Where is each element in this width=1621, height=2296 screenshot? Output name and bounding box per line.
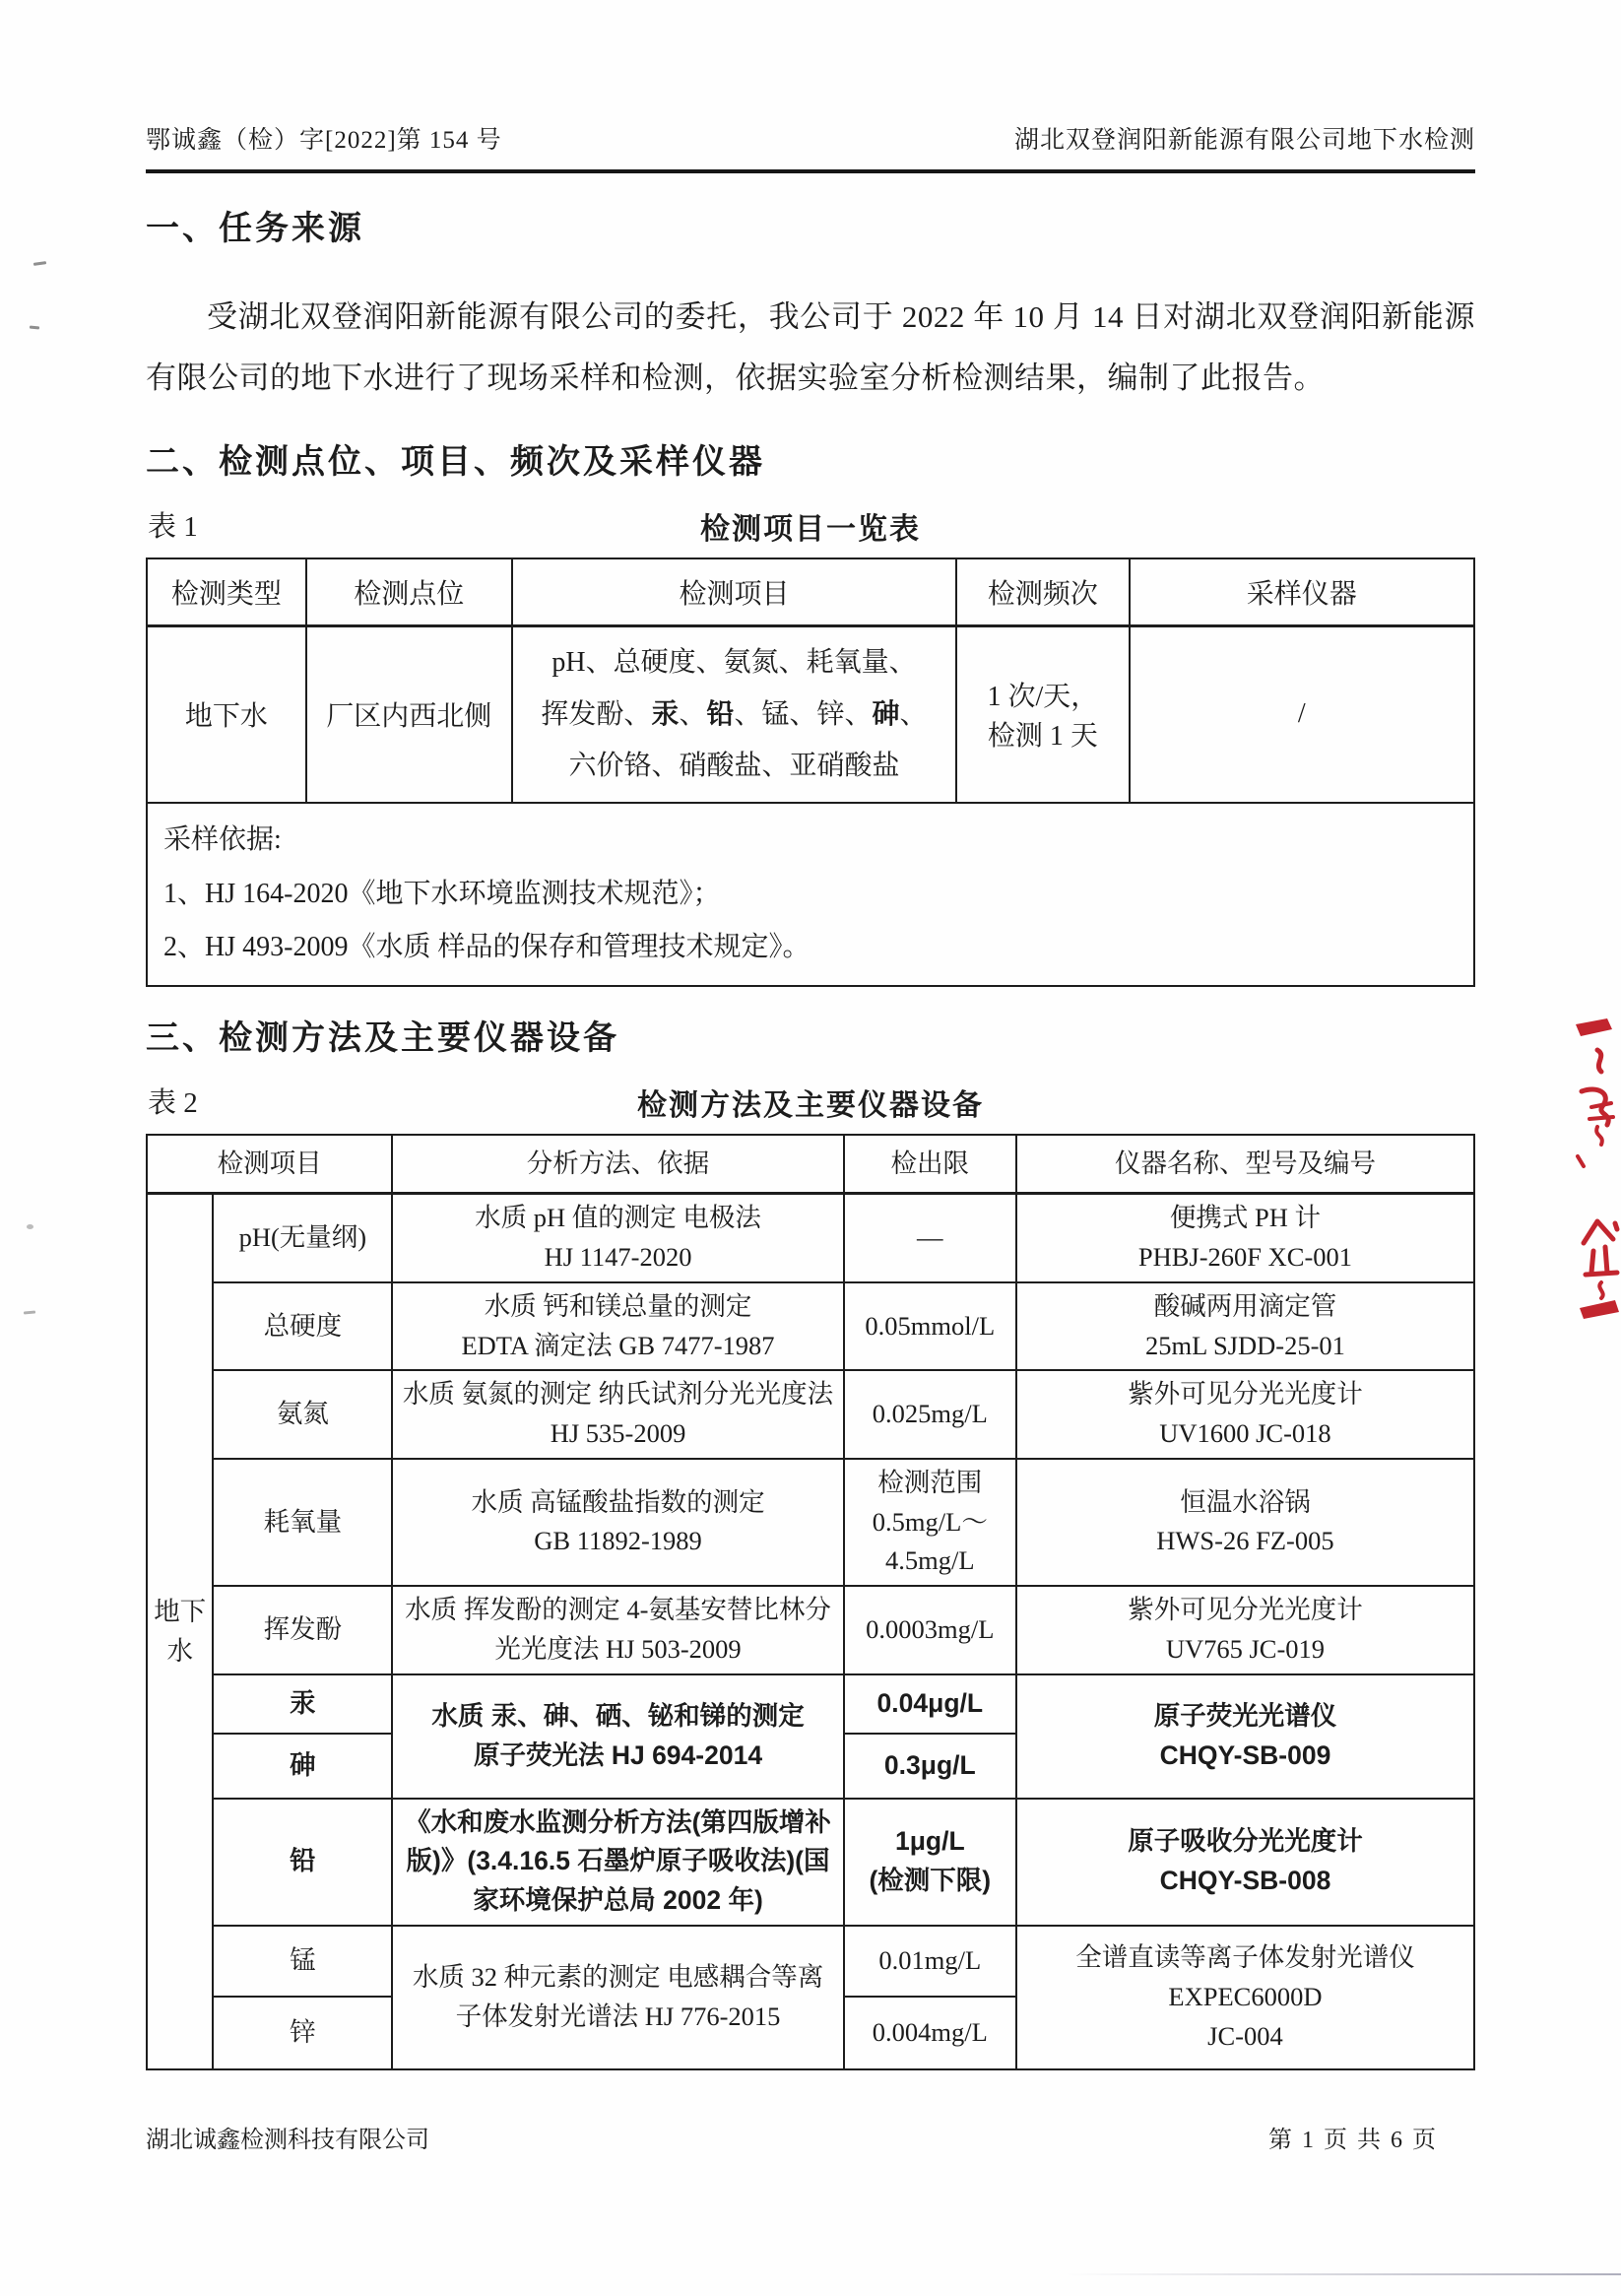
document-footer: 湖北诚鑫检测科技有限公司 第 1 页 共 6 页 xyxy=(146,2120,1475,2154)
table2-cell-instrument: 紫外可见分光光度计 UV1600 JC-018 xyxy=(1016,1370,1474,1459)
scan-speck xyxy=(24,1310,35,1314)
table2-cell-limit: 检测范围 0.5mg/L～ 4.5mg/L xyxy=(844,1459,1016,1586)
table2-cell-item: pH(无量纲) xyxy=(213,1194,392,1282)
table1-header-cell: 检测类型 xyxy=(147,558,306,625)
table2-header-cell: 仪器名称、型号及编号 xyxy=(1016,1135,1474,1194)
analyte-text: 、 xyxy=(679,699,706,730)
table2-cell-method: 《水和废水监测分析方法(第四版增补版)》(3.4.16.5 石墨炉原子吸收法)(… xyxy=(392,1799,843,1926)
table2-caption: 检测方法及主要仪器设备 xyxy=(146,1079,1475,1124)
stamp-fragment-top xyxy=(1568,1017,1621,1174)
table2-cell-limit: 0.0003mg/L xyxy=(844,1586,1016,1674)
table2-cell-item: 砷 xyxy=(213,1734,392,1799)
stamp-fragment-bottom xyxy=(1572,1217,1621,1321)
table1-header-cell: 采样仪器 xyxy=(1130,558,1475,625)
section1-paragraph: 受湖北双登润阳新能源有限公司的委托，我公司于 2022 年 10 月 14 日对… xyxy=(146,287,1475,409)
doc-title: 湖北双登润阳新能源有限公司地下水检测 xyxy=(1014,120,1475,156)
table2-cell-limit: 0.3μg/L xyxy=(844,1734,1016,1799)
table1-cell-instrument: / xyxy=(1130,625,1475,803)
table2-cell-method: 水质 pH 值的测定 电极法 HJ 1147-2020 xyxy=(392,1194,843,1282)
table2-cell-method: 水质 汞、砷、硒、铋和锑的测定 原子荧光法 HJ 694-2014 xyxy=(392,1674,843,1799)
table1-cell-location: 厂区内西北侧 xyxy=(306,625,512,803)
table2-cell-item: 锌 xyxy=(213,1997,392,2069)
section2-heading: 二、检测点位、项目、频次及采样仪器 xyxy=(146,434,1475,483)
bold-analyte: 汞 xyxy=(651,698,679,729)
table2-cell-method: 水质 氨氮的测定 纳氏试剂分光光度法 HJ 535-2009 xyxy=(392,1370,843,1459)
table1-caption: 检测项目一览表 xyxy=(146,502,1475,548)
table2-cell-limit: 0.025mg/L xyxy=(844,1370,1016,1459)
note-line: 2、HJ 493-2009《水质 样品的保存和管理技术规定》。 xyxy=(163,921,1458,975)
table2-cell-instrument: 原子吸收分光光度计 CHQY-SB-008 xyxy=(1016,1799,1474,1926)
table2-cell-instrument: 酸碱两用滴定管 25mL SJDD-25-01 xyxy=(1016,1282,1474,1371)
document-header: 鄂诚鑫（检）字[2022]第 154 号 湖北双登润阳新能源有限公司地下水检测 xyxy=(146,0,1475,156)
table1-label: 表 1 xyxy=(148,504,198,545)
doc-number: 鄂诚鑫（检）字[2022]第 154 号 xyxy=(146,120,502,156)
footer-page-info: 第 1 页 共 6 页 xyxy=(1268,2120,1475,2154)
scan-speck xyxy=(33,261,46,266)
table2-cell-method: 水质 挥发酚的测定 4-氨基安替比林分光光度法 HJ 503-2009 xyxy=(392,1586,843,1674)
analyte-text: 、锰、锌、 xyxy=(734,699,872,730)
table2-label: 表 2 xyxy=(148,1081,198,1121)
table2-cell-item: 氨氮 xyxy=(213,1370,392,1459)
table2-cell-method: 水质 高锰酸盐指数的测定 GB 11892-1989 xyxy=(392,1459,843,1586)
table2-cell-instrument: 原子荧光光谱仪 CHQY-SB-009 xyxy=(1016,1674,1474,1799)
table2-header-cell: 分析方法、依据 xyxy=(392,1135,843,1194)
table2-cell-instrument: 便携式 PH 计 PHBJ-260F XC-001 xyxy=(1016,1194,1474,1282)
table2-cell-limit: — xyxy=(844,1194,1016,1282)
table2-cell-instrument: 紫外可见分光光度计 UV765 JC-019 xyxy=(1016,1586,1474,1674)
table2-cell-item: 铅 xyxy=(213,1799,392,1926)
table2-group-label: 地下水 xyxy=(147,1194,213,2069)
table2-cell-item: 锰 xyxy=(213,1926,392,1997)
section1-heading: 一、任务来源 xyxy=(146,201,1475,249)
table2-cell-item: 汞 xyxy=(213,1674,392,1734)
table1-header-cell: 检测频次 xyxy=(956,558,1129,625)
table2-cell-limit: 0.004mg/L xyxy=(844,1997,1016,2069)
table1-header-cell: 检测项目 xyxy=(512,558,957,625)
bold-analyte: 砷 xyxy=(873,698,900,729)
table1-caption-row: 表 1 检测项目一览表 xyxy=(146,502,1475,546)
footer-company: 湖北诚鑫检测科技有限公司 xyxy=(146,2120,429,2154)
table2-cell-limit: 1μg/L (检测下限) xyxy=(844,1799,1016,1926)
table2-cell-limit: 0.01mg/L xyxy=(844,1926,1016,1997)
section3-heading: 三、检测方法及主要仪器设备 xyxy=(146,1011,1475,1059)
table2-cell-limit: 0.05mmol/L xyxy=(844,1282,1016,1371)
scan-edge-line xyxy=(1064,2273,1621,2275)
scan-speck xyxy=(27,1224,33,1229)
note-line: 采样依据: xyxy=(163,814,1458,868)
table1-header-cell: 检测点位 xyxy=(306,558,512,625)
header-rule xyxy=(146,169,1475,173)
table2-cell-method: 水质 钙和镁总量的测定 EDTA 滴定法 GB 7477-1987 xyxy=(392,1282,843,1371)
table2-cell-limit: 0.04μg/L xyxy=(844,1674,1016,1734)
table1-cell-frequency: 1 次/天， 检测 1 天 xyxy=(956,625,1129,803)
table2-header-cell: 检测项目 xyxy=(147,1135,392,1194)
table2-header-cell: 检出限 xyxy=(844,1135,1016,1194)
scan-page: 鄂诚鑫（检）字[2022]第 154 号 湖北双登润阳新能源有限公司地下水检测 … xyxy=(0,0,1621,2296)
document-content: 鄂诚鑫（检）字[2022]第 154 号 湖北双登润阳新能源有限公司地下水检测 … xyxy=(146,0,1475,2070)
table2-cell-instrument: 全谱直读等离子体发射光谱仪 EXPEC6000D JC-004 xyxy=(1016,1926,1474,2069)
table2-cell-item: 总硬度 xyxy=(213,1282,392,1371)
scan-speck xyxy=(30,325,39,329)
table2-cell-instrument: 恒温水浴锅 HWS-26 FZ-005 xyxy=(1016,1459,1474,1586)
table2-cell-method: 水质 32 种元素的测定 电感耦合等离子体发射光谱法 HJ 776-2015 xyxy=(392,1926,843,2069)
table1-detection-items: 检测类型检测点位检测项目检测频次采样仪器 地下水厂区内西北侧pH、总硬度、氨氮、… xyxy=(146,558,1475,987)
table2-cell-item: 挥发酚 xyxy=(213,1586,392,1674)
table2-methods-instruments: 检测项目分析方法、依据检出限仪器名称、型号及编号 地下水pH(无量纲)水质 pH… xyxy=(146,1134,1475,2070)
note-line: 1、HJ 164-2020《地下水环境监测技术规范》； xyxy=(163,868,1458,922)
table1-cell-items: pH、总硬度、氨氮、耗氧量、挥发酚、汞、铅、锰、锌、砷、六价铬、硝酸盐、亚硝酸盐 xyxy=(512,625,957,803)
bold-analyte: 铅 xyxy=(706,698,734,729)
table2-cell-item: 耗氧量 xyxy=(213,1459,392,1586)
table1-cell-type: 地下水 xyxy=(147,625,306,803)
table1-note: 采样依据:1、HJ 164-2020《地下水环境监测技术规范》；2、HJ 493… xyxy=(147,803,1474,986)
table2-caption-row: 表 2 检测方法及主要仪器设备 xyxy=(146,1079,1475,1122)
